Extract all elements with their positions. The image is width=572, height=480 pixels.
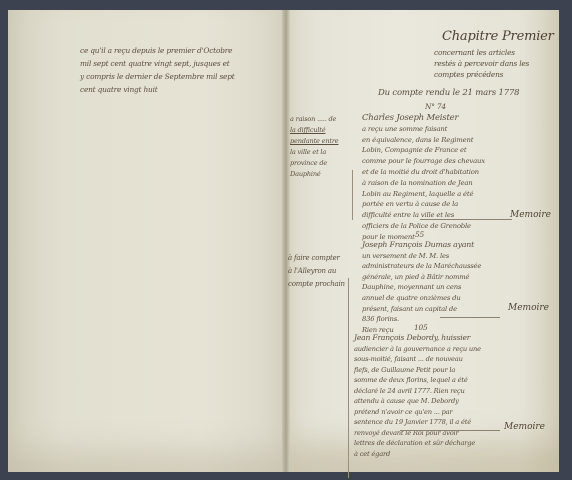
body-line: en équivalence, dans le Regiment — [362, 135, 512, 146]
entry-body: Joseph François Dumas ayant un versement… — [362, 240, 507, 335]
entry-rule — [440, 317, 500, 318]
text-line: y compris le dernier de Septembre mil se… — [80, 70, 280, 83]
entry-status: Memoire — [508, 303, 549, 313]
chapter-title: Chapitre Premier — [442, 30, 554, 43]
left-page-text: ce qu'il a reçu depuis le premier d'Octo… — [80, 44, 280, 96]
body-line: à raison de la nomination de Jean — [362, 178, 512, 189]
body-line: et de la moitié du droit d'habitation — [362, 167, 512, 178]
bracket-line — [352, 170, 353, 220]
body-line: à cet égard — [354, 449, 514, 460]
text-line: ce qu'il a reçu depuis le premier d'Octo… — [80, 44, 280, 57]
subtitle-line: restés à percevoir dans les — [434, 58, 564, 69]
text-line: mil sept cent quatre vingt sept, jusques… — [80, 57, 280, 70]
body-line: 836 florins. — [362, 314, 507, 325]
text-line: cent quatre vingt huit — [80, 83, 280, 96]
chapter-subtitle: concernant les articles restés à percevo… — [434, 47, 564, 80]
note-line: la ville et la — [290, 147, 354, 158]
body-line: a reçu une somme faisant — [362, 124, 512, 135]
entry-number: N° 74 — [425, 100, 446, 113]
entry-body: Charles Joseph Meister a reçu une somme … — [362, 113, 512, 243]
body-line: Dauphine, moyennant un cens — [362, 282, 507, 293]
body-line: officiers de la Police de Grenoble — [362, 221, 512, 232]
margin-note: à faire compter à l'Alleyron au compte p… — [288, 252, 360, 291]
body-line: générale, un pied à Bâtir nommé — [362, 272, 507, 283]
entry-rule — [420, 219, 512, 220]
note-line: à l'Alleyron au — [288, 265, 360, 278]
subtitle-line: concernant les articles — [434, 47, 564, 58]
body-line: sous-moitié, faisant ... de nouveau — [354, 354, 514, 365]
entry-body: Jean François Debordy, huissier audienci… — [354, 333, 514, 459]
body-line: Jean François Debordy, huissier — [354, 333, 514, 344]
margin-note: a raison ..... de la difficulté pendante… — [290, 114, 354, 180]
body-line: Lobin, Compagnie de France et — [362, 145, 512, 156]
body-line: annuel de quatre onzièmes du — [362, 293, 507, 304]
note-line: à faire compter — [288, 252, 360, 265]
body-line: Joseph François Dumas ayant — [362, 240, 507, 251]
body-line: comme pour le fourrage des chevaux — [362, 156, 512, 167]
body-line: Charles Joseph Meister — [362, 113, 512, 124]
note-line: a raison ..... de — [290, 114, 354, 125]
body-line: un versement de M. M. les — [362, 251, 507, 262]
subtitle-line: comptes précédens — [434, 69, 564, 80]
body-line: lettres de déclaration et sûr décharge — [354, 438, 514, 449]
body-line: portée en vertu à cause de la — [362, 199, 512, 210]
body-line: déclaré le 24 avril 1777. Rien reçu — [354, 386, 514, 397]
note-line: province de Dauphiné — [290, 158, 354, 180]
note-line: la difficulté — [290, 125, 354, 136]
body-line: audiencier à la gouvernance a reçu une — [354, 344, 514, 355]
body-line: sentence du 19 Janvier 1778, il a été — [354, 417, 514, 428]
body-line: présent, faisant un capital de — [362, 304, 507, 315]
entry-status: Memoire — [504, 422, 545, 432]
body-line: prétend n'avoir ce qu'en ... par — [354, 407, 514, 418]
account-heading: Du compte rendu le 21 mars 1778 — [378, 87, 519, 100]
bracket-line — [348, 278, 349, 478]
body-line: somme de deux florins, lequel a été — [354, 375, 514, 386]
entry-rule — [400, 430, 500, 431]
note-line: pendante entre — [290, 136, 354, 147]
body-line: fiefs, de Guillaume Petit pour la — [354, 365, 514, 376]
book-gutter — [282, 10, 290, 472]
body-line: administrateurs de la Maréchaussée — [362, 261, 507, 272]
body-line: Lobin au Regiment, laquelle a été — [362, 189, 512, 200]
note-line: compte prochain — [288, 278, 360, 291]
body-line: attendu à cause que M. Debordy — [354, 396, 514, 407]
entry-status: Memoire — [510, 210, 551, 220]
